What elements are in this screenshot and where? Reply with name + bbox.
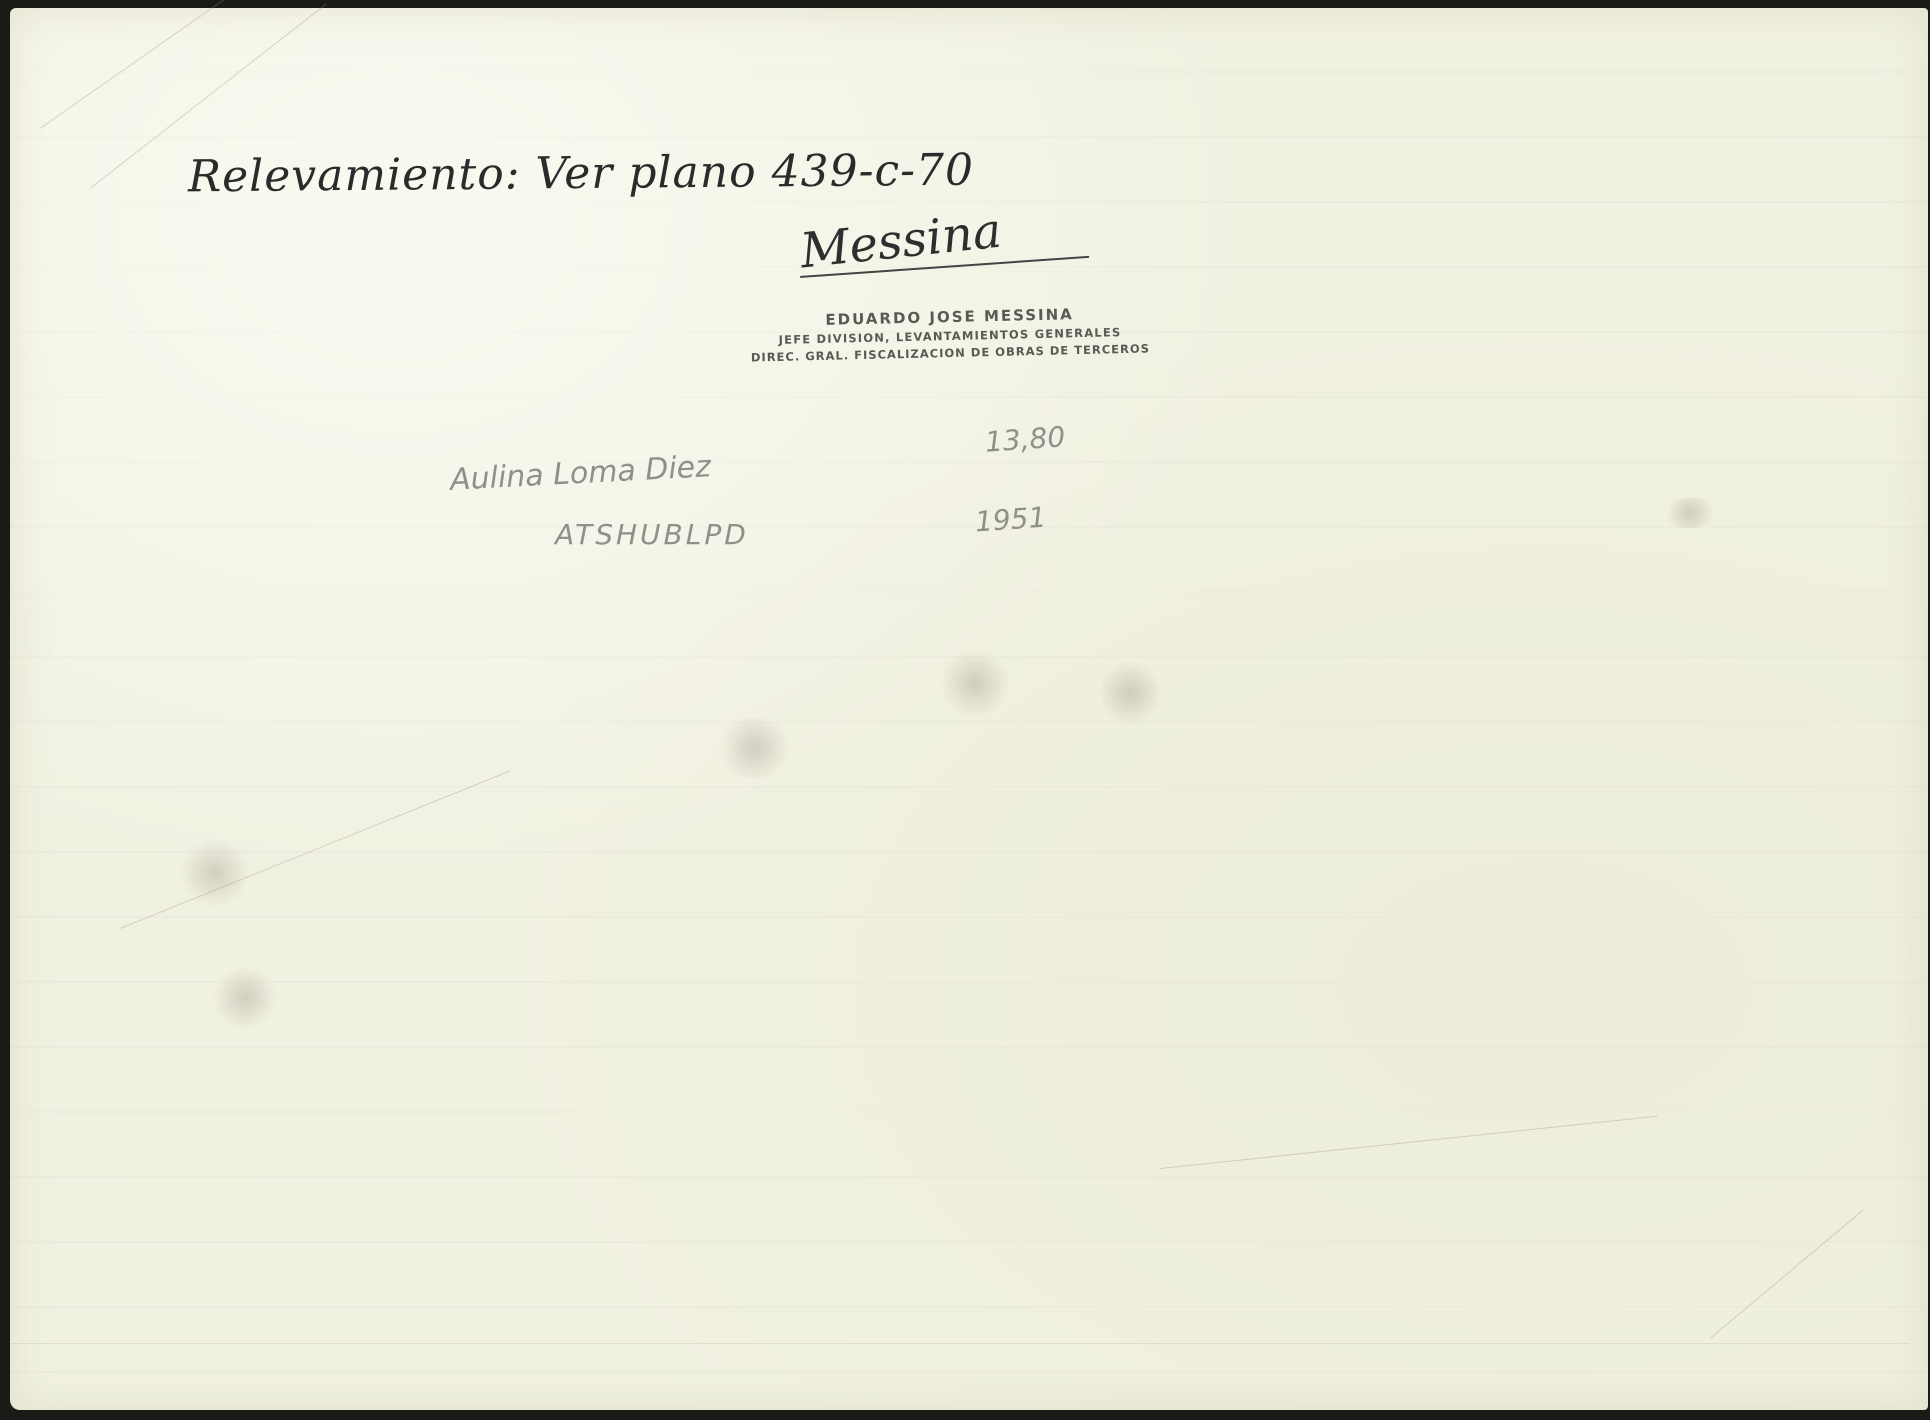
stain	[1660, 498, 1720, 528]
paper-crease	[1710, 1210, 1864, 1339]
stain	[210, 968, 280, 1028]
paper-crease	[120, 771, 510, 929]
signature: Messina	[798, 203, 1004, 280]
stain	[1100, 658, 1160, 728]
official-stamp: EDUARDO JOSE MESSINA JEFE DIVISION, LEVA…	[709, 303, 1190, 366]
pencil-note: ATSHUBLPD	[555, 518, 749, 551]
pencil-note: Aulina Loma Diez	[449, 449, 711, 498]
handwritten-note: Relevamiento: Ver plano 439-c-70	[188, 145, 974, 203]
paper-crease	[40, 0, 254, 129]
stain	[715, 718, 795, 778]
pencil-note: 13,80	[984, 420, 1066, 459]
paper-crease	[1160, 1116, 1657, 1169]
stain	[180, 838, 250, 908]
stain	[940, 648, 1010, 718]
paper-crease	[10, 1343, 1910, 1344]
pencil-note: 1951	[974, 501, 1047, 539]
document-sheet: Relevamiento: Ver plano 439-c-70 Messina…	[10, 8, 1928, 1410]
